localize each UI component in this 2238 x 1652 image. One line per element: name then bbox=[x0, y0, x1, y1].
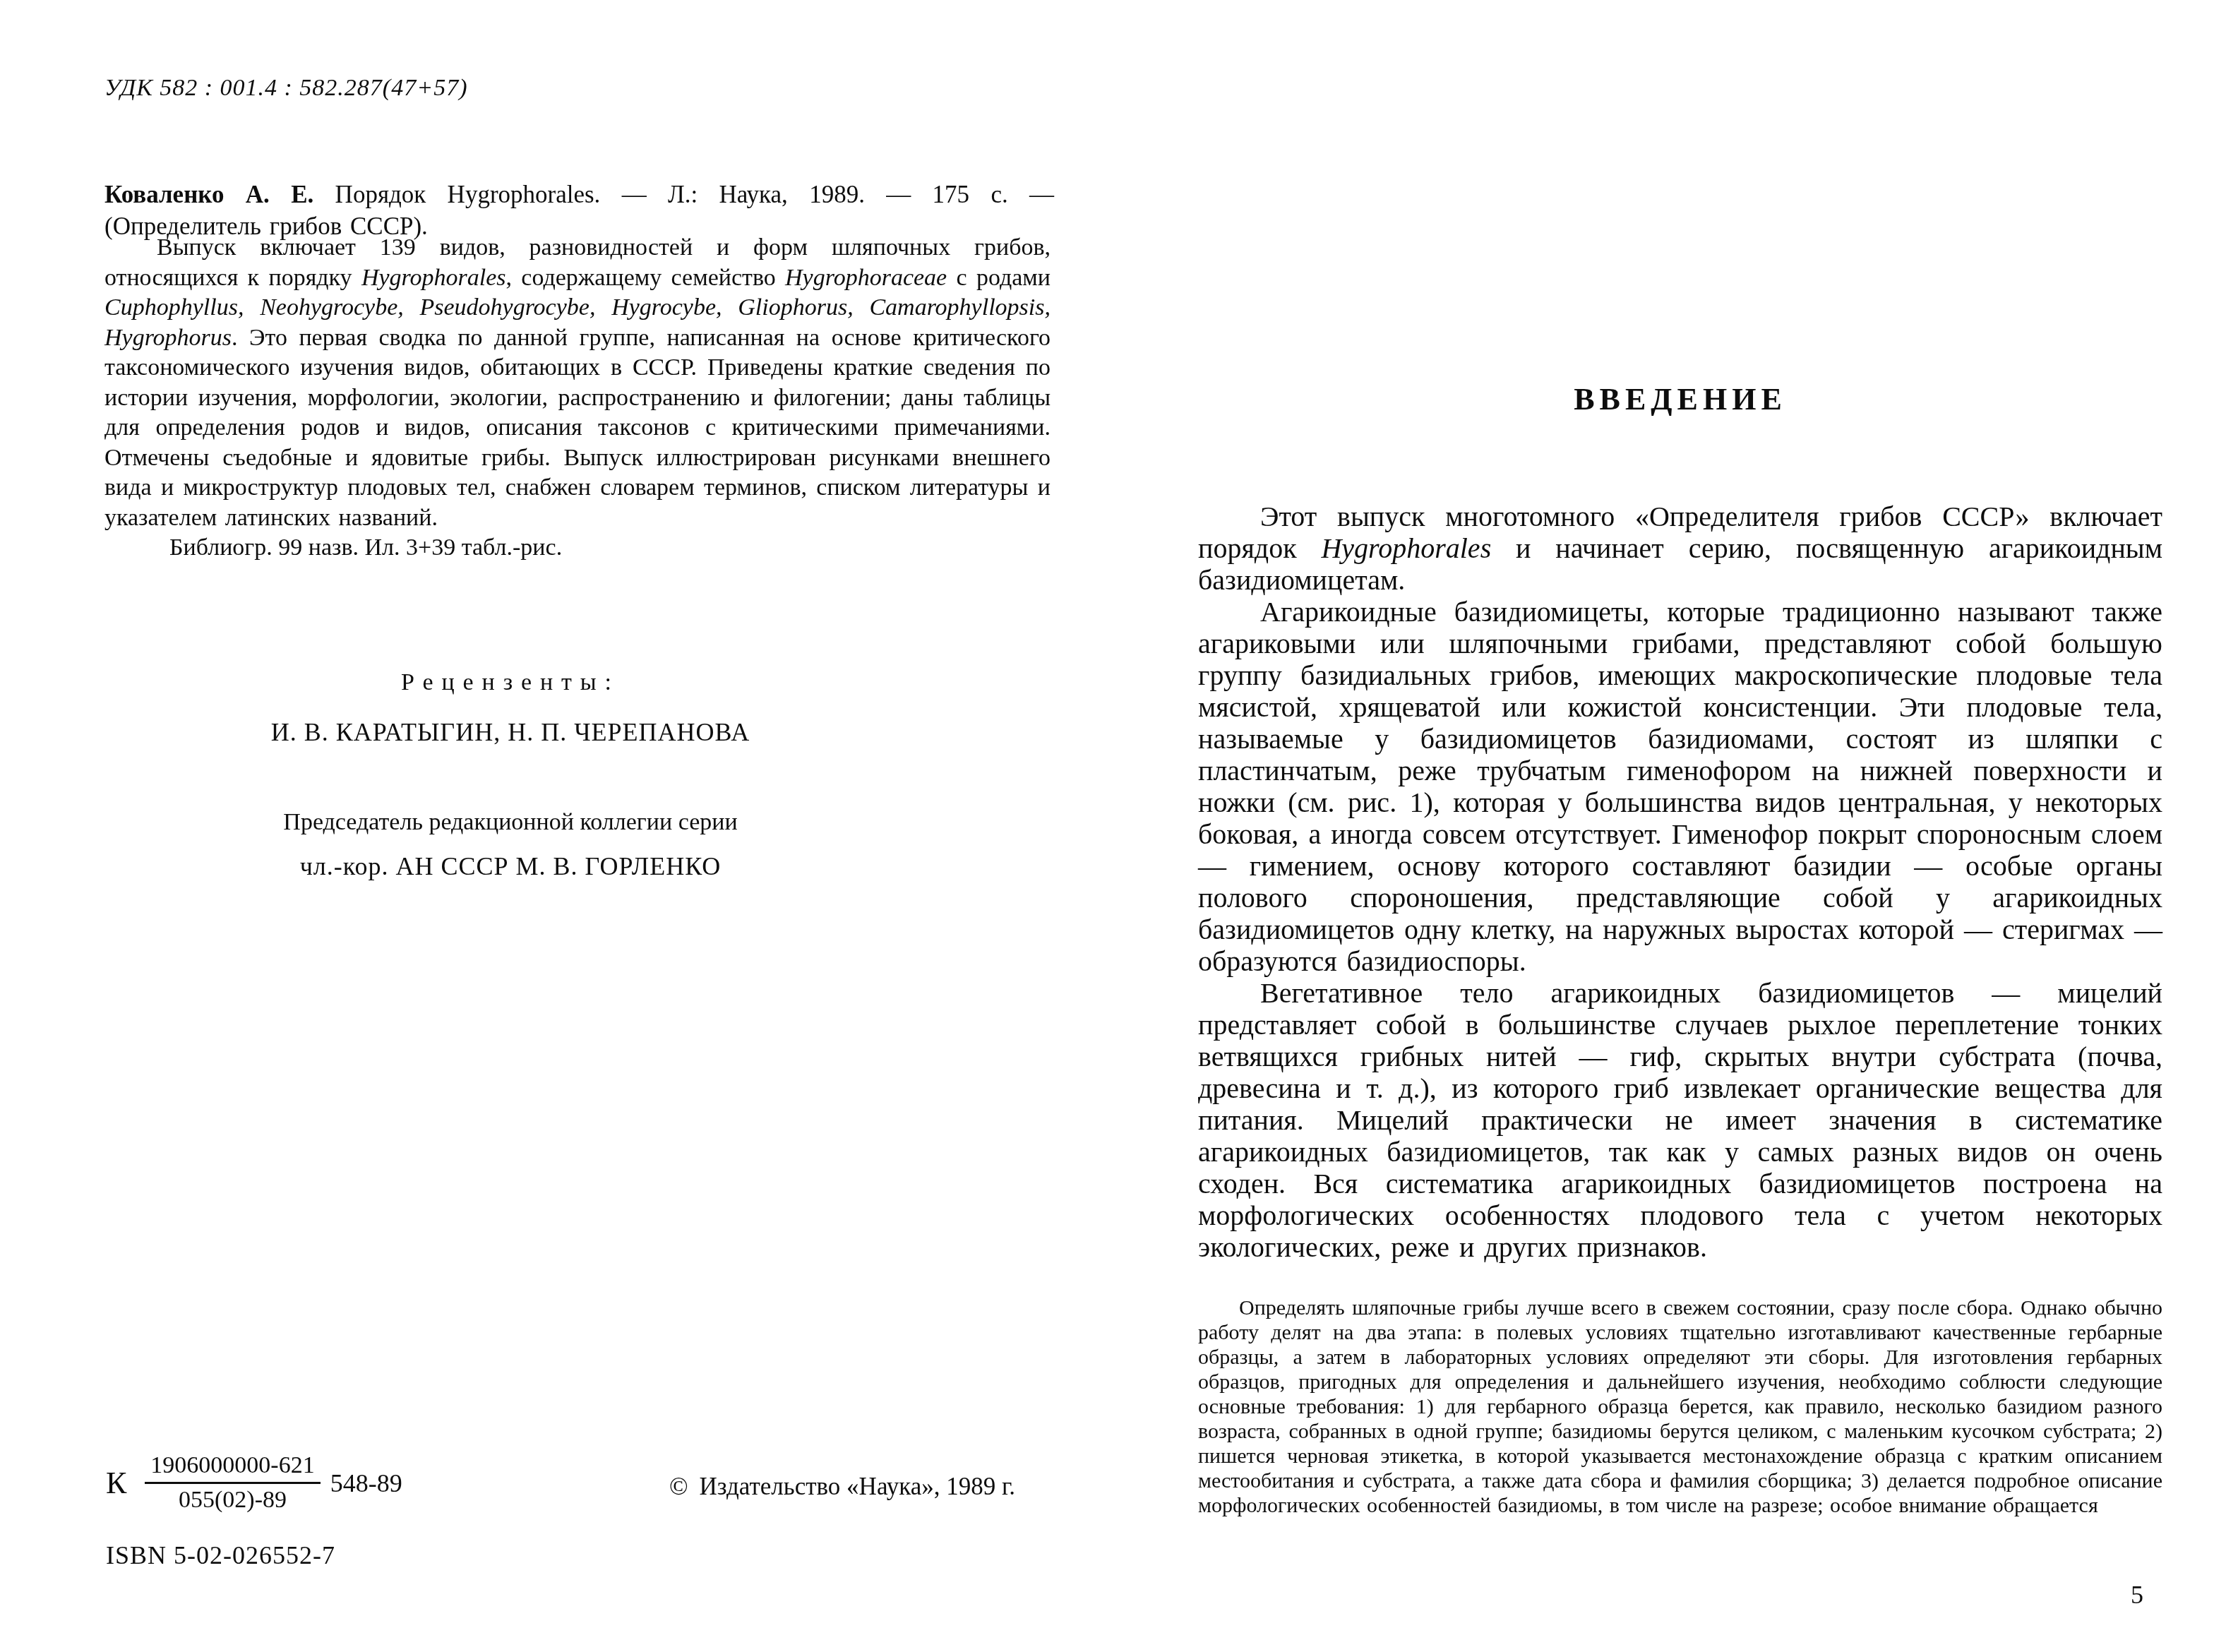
introduction-page: ВВЕДЕНИЕ Этот выпуск многотомного «Опред… bbox=[1198, 381, 2162, 1518]
print-code-block: К 1906000000-621 055(02)-89 548-89 bbox=[106, 1452, 402, 1514]
reviewers-names: И. В. КАРАТЫГИН, Н. П. ЧЕРЕПАНОВА bbox=[104, 717, 916, 747]
print-code-numerator: 1906000000-621 bbox=[145, 1452, 320, 1484]
print-code-letter: К bbox=[106, 1465, 126, 1501]
credits-block: Рецензенты: И. В. КАРАТЫГИН, Н. П. ЧЕРЕП… bbox=[104, 669, 916, 881]
introduction-paragraph: Агарикоидные базидиомицеты, которые трад… bbox=[1198, 596, 2162, 977]
isbn-line: ISBN 5-02-026552-7 bbox=[106, 1540, 335, 1570]
bibliography-summary-line: Библиогр. 99 назв. Ил. 3+39 табл.-рис. bbox=[104, 533, 1051, 563]
field-notes-paragraph: Определять шляпочные грибы лучше всего в… bbox=[1198, 1295, 2162, 1518]
introduction-heading: ВВЕДЕНИЕ bbox=[1198, 381, 2162, 417]
series-chair-name: чл.-кор. АН СССР М. В. ГОРЛЕНКО bbox=[104, 851, 916, 881]
copyright-icon: © bbox=[669, 1473, 688, 1500]
print-code-fraction: 1906000000-621 055(02)-89 bbox=[145, 1452, 320, 1514]
introduction-paragraph: Вегетативное тело агарикоидных базидиоми… bbox=[1198, 977, 2162, 1263]
abstract-paragraph: Выпуск включает 139 видов, разновидносте… bbox=[104, 233, 1051, 533]
series-chair-label: Председатель редакционной коллегии серии bbox=[104, 809, 916, 836]
print-code-suffix: 548-89 bbox=[330, 1468, 402, 1498]
copyright-line: ©Издательство «Наука», 1989 г. bbox=[669, 1473, 1015, 1501]
introduction-paragraph: Этот выпуск многотомного «Определителя г… bbox=[1198, 501, 2162, 596]
copyright-text: Издательство «Наука», 1989 г. bbox=[700, 1473, 1015, 1500]
udk-classification-line: УДК 582 : 001.4 : 582.287(47+57) bbox=[104, 75, 467, 102]
reviewers-heading: Рецензенты: bbox=[104, 669, 916, 696]
book-spread: УДК 582 : 001.4 : 582.287(47+57) Ковален… bbox=[0, 0, 2238, 1652]
introduction-body: Этот выпуск многотомного «Определителя г… bbox=[1198, 501, 2162, 1263]
field-notes-block: Определять шляпочные грибы лучше всего в… bbox=[1198, 1295, 2162, 1518]
print-code-denominator: 055(02)-89 bbox=[145, 1484, 320, 1514]
annotation-block: Выпуск включает 139 видов, разновидносте… bbox=[104, 233, 1051, 563]
page-number: 5 bbox=[2131, 1580, 2143, 1610]
